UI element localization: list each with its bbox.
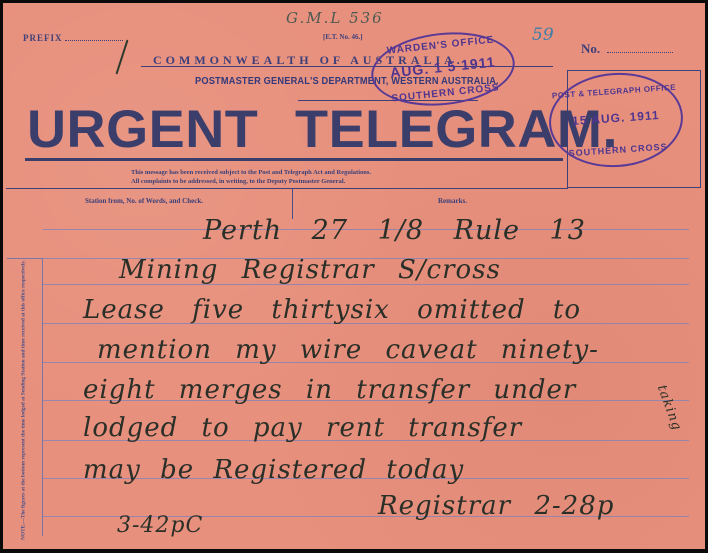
- notice-line-2: All complaints to be addressed, in writi…: [131, 177, 371, 186]
- message-line-header: Perth 27 1/8 Rule 13: [203, 215, 586, 246]
- message-line-addressee: Mining Registrar S/cross: [119, 255, 501, 285]
- form-number: [E.T. No. 46.]: [323, 33, 363, 41]
- message-line: Lease five thirtysix omitted to: [83, 295, 581, 325]
- message-line: lodged to pay rent transfer: [83, 413, 522, 443]
- message-margin-note: taking: [654, 383, 684, 433]
- archive-reference: G.M.L 536: [286, 9, 384, 27]
- remarks-label: Remarks.: [438, 197, 467, 205]
- stamp-date: AUG. 1 5 1911: [372, 52, 513, 83]
- margin-rule: [42, 258, 43, 536]
- telegram-form: PREFIX G.M.L 536 [E.T. No. 46.] 59 No. C…: [3, 3, 705, 549]
- side-note-text: NOTE.—The figures at the bottom represen…: [21, 260, 28, 540]
- message-line: may be Registered today: [83, 455, 464, 485]
- message-line: eight merges in transfer under: [83, 375, 576, 405]
- side-note: NOTE.—The figures at the bottom represen…: [9, 265, 39, 535]
- message-line: mention my wire caveat ninety-: [97, 335, 599, 365]
- legal-notice: This message has been received subject t…: [131, 168, 371, 186]
- title-word-urgent: URGENT: [27, 100, 258, 159]
- number-label: No.: [581, 41, 600, 57]
- signature: Registrar 2-28p: [378, 491, 614, 521]
- station-label: Station from, No. of Words, and Check.: [85, 197, 203, 205]
- stamp-date: 15 AUG. 1911: [551, 106, 682, 129]
- notice-line-1: This message has been received subject t…: [131, 168, 371, 177]
- prefix-label: PREFIX: [23, 33, 63, 43]
- handwritten-number: 59: [532, 25, 554, 45]
- prefix-dots: [65, 34, 123, 41]
- page-title: URGENTTELEGRAM.: [27, 103, 618, 156]
- handwritten-slash: [115, 40, 128, 75]
- prefix-field: PREFIX: [23, 33, 123, 43]
- title-underline: [25, 158, 563, 161]
- received-time: 3-42pC: [117, 513, 203, 538]
- divider: [6, 188, 568, 189]
- number-dots: [607, 52, 673, 53]
